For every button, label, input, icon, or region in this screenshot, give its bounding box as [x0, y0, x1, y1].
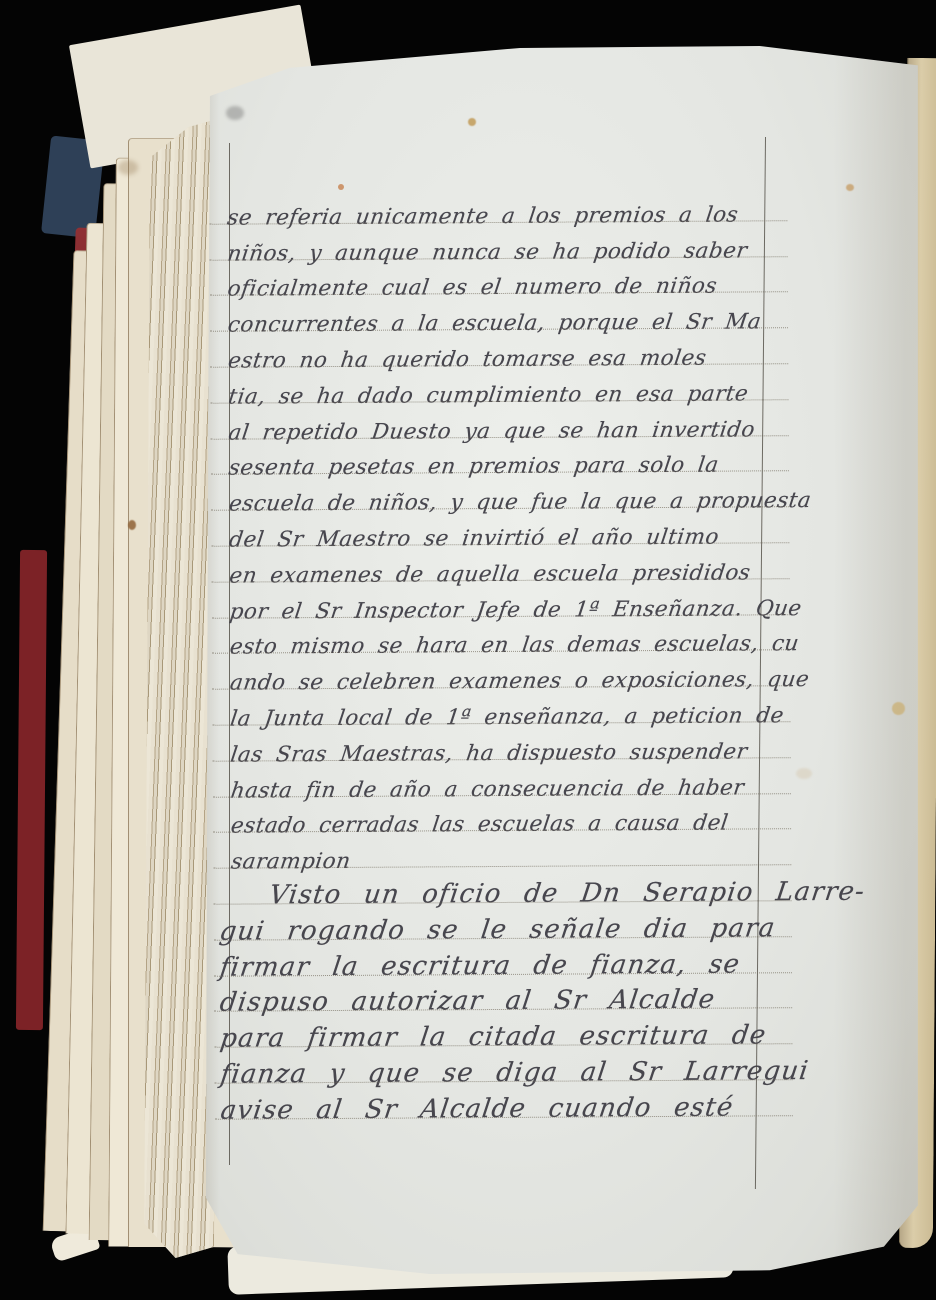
handwritten-line: firmar la escritura de fianza, se: [218, 937, 778, 976]
stain-spot: [846, 184, 854, 191]
handwritten-line: por el Sr Inspector Jefe de 1ª Enseñanza…: [216, 579, 776, 618]
handwritten-line: avise al Sr Alcalde cuando esté: [219, 1080, 779, 1119]
stain-spot: [118, 160, 138, 175]
handwritten-line: se referia unicamente a los premios a lo…: [213, 185, 773, 224]
handwritten-line: escuela de niños, y que fue la que a pro…: [215, 472, 775, 511]
handwritten-line: fianza y que se diga al Sr Larregui: [218, 1044, 778, 1083]
stain-spot: [338, 184, 344, 190]
handwritten-line: ando se celebren examenes o exposiciones…: [216, 651, 776, 690]
handwritten-line: tia, se ha dado cumplimiento en esa part…: [214, 364, 774, 403]
book-spine-red-strip: [16, 550, 47, 1030]
stain-spot: [128, 520, 136, 530]
handwritten-line: niños, y aunque nunca se ha podido saber: [213, 221, 773, 260]
pencil-smudge: [226, 106, 244, 120]
stain-spot: [796, 768, 812, 779]
handwritten-line: sesenta pesetas en premios para solo la: [215, 436, 775, 475]
handwritten-line: esto mismo se hara en las demas escuelas…: [216, 615, 776, 654]
handwritten-line: concurrentes a la escuela, porque el Sr …: [214, 293, 774, 332]
handwritten-text: avise al Sr Alcalde cuando esté: [219, 1092, 736, 1125]
handwritten-line: Visto un oficio de Dn Serapio Larre-: [217, 865, 777, 904]
handwritten-line: dispuso autorizar al Sr Alcalde: [218, 973, 778, 1012]
handwritten-line: oficialmente cual es el numero de niños: [214, 257, 774, 296]
handwritten-line: estro no ha querido tomarse esa moles: [214, 328, 774, 367]
handwritten-line: en examenes de aquella escuela presidido…: [215, 543, 775, 582]
photograph-of-open-book: se referia unicamente a los premios a lo…: [0, 0, 936, 1300]
manuscript-text: se referia unicamente a los premios a lo…: [213, 185, 779, 1119]
manuscript-page: se referia unicamente a los premios a lo…: [198, 38, 920, 1284]
handwritten-line: hasta fin de año a consecuencia de haber: [217, 758, 777, 797]
stain-spot: [892, 702, 905, 715]
handwritten-line: sarampion: [217, 830, 777, 869]
handwritten-line: del Sr Maestro se invirtió el año ultimo: [215, 507, 775, 546]
handwritten-line: al repetido Duesto ya que se han inverti…: [214, 400, 774, 439]
handwritten-line: las Sras Maestras, ha dispuesto suspende…: [216, 722, 776, 761]
handwritten-line: para firmar la citada escritura de: [218, 1009, 778, 1048]
handwritten-line: gui rogando se le señale dia para: [218, 901, 778, 940]
stain-spot: [468, 118, 476, 126]
handwritten-line: estado cerradas las escuelas a causa del: [217, 794, 777, 833]
handwritten-line: la Junta local de 1ª enseñanza, a petici…: [216, 686, 776, 725]
